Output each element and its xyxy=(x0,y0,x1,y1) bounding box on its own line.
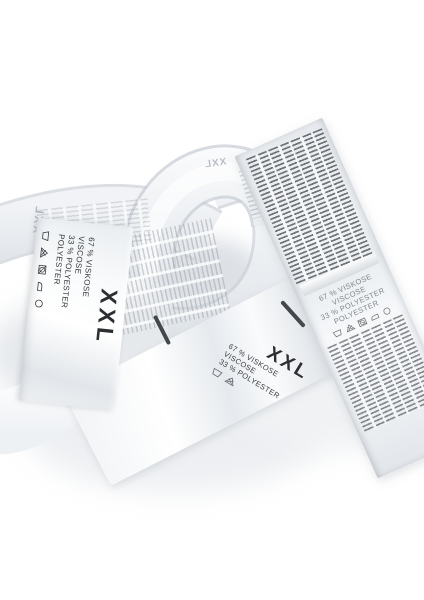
iron-icon xyxy=(368,311,381,323)
wash-icon xyxy=(40,230,51,242)
photo-canvas: XXL XXL XXL 67 % VISKOSE VISCOSE 33 % PO… xyxy=(0,0,424,600)
do-not-tumble-dry-icon xyxy=(355,316,368,328)
dry-clean-icon xyxy=(380,305,393,317)
iron-icon xyxy=(35,281,46,293)
do-not-bleach-icon xyxy=(39,247,50,259)
care-label-front: XXL 67 % VISKOSE VISCOSE 33 % POLYESTER … xyxy=(19,217,134,410)
wash-icon xyxy=(331,327,344,339)
do-not-tumble-dry-icon xyxy=(37,264,48,276)
do-not-bleach-icon xyxy=(343,322,356,334)
dry-clean-icon xyxy=(33,298,44,310)
